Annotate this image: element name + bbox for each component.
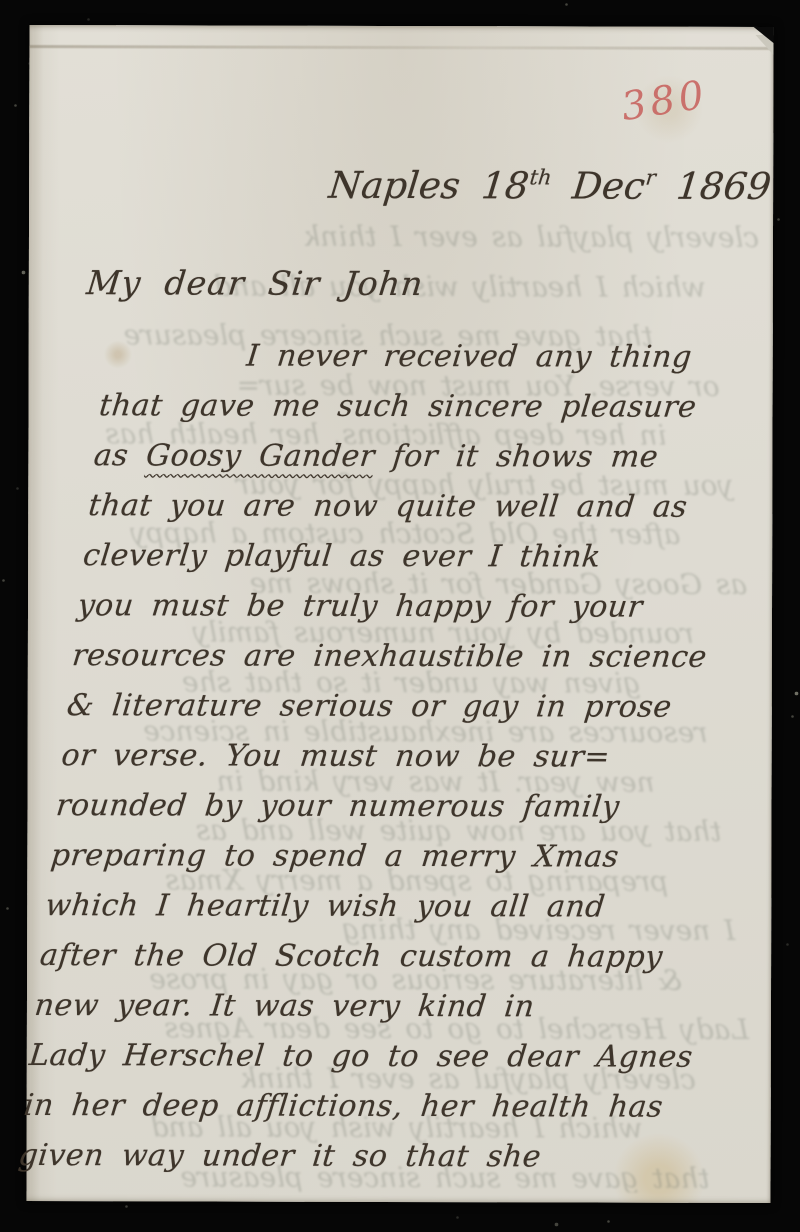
salutation: My dear Sir John — [85, 263, 426, 303]
letter-text: cleverly playful as ever I think — [81, 538, 602, 574]
letter-text: that you are now quite well and as — [87, 488, 689, 525]
dateline-month: Dec — [570, 164, 647, 207]
letter-text: for it shows me — [373, 439, 660, 475]
dateline: Naples 18th Decr 1869 — [327, 164, 773, 208]
letter-text: preparing to spend a merry Xmas — [49, 838, 621, 874]
letter-line: & literature serious or gay in prose — [64, 681, 759, 733]
letter-line: rounded by your numerous family — [54, 781, 749, 833]
letter-line: or verse. You must now be sur= — [59, 731, 754, 783]
letter-line: I never received any thing — [102, 331, 797, 383]
letter-text: which I heartily wish you all and — [44, 888, 607, 924]
letter-text: given way under it so that she — [17, 1138, 543, 1174]
letter-line: that gave me such sincere pleasure — [97, 381, 792, 433]
letter-line: as Goosy Gander for it shows me — [91, 431, 786, 483]
letter-line: preparing to spend a merry Xmas — [48, 831, 743, 883]
dateline-place: Naples — [327, 164, 462, 207]
letter-text: new year. It was very kind in — [33, 988, 536, 1024]
dateline-month-suffix: r — [644, 166, 657, 190]
letter-line: resources are inexhaustible in science — [70, 631, 765, 683]
letter-text: after the Old Scotch custom a happy — [38, 938, 664, 975]
letter-page: cleverly playful as ever I thinkwhich I … — [26, 25, 773, 1203]
dateline-year: 1869 — [674, 165, 773, 208]
letter-text: in her deep afflictions, her health has — [22, 1088, 665, 1125]
letter-line: in her deep afflictions, her health has — [21, 1081, 716, 1133]
letter-line: given way under it so that she — [16, 1131, 711, 1183]
letter-text: & literature serious or gay in prose — [65, 688, 673, 725]
letter-line: you must be truly happy for your — [75, 581, 770, 633]
letter-line: that you are now quite well and as — [86, 481, 781, 533]
letter-text: rounded by your numerous family — [54, 788, 621, 824]
letter-text: Lady Herschel to go to see dear Agnes — [27, 1038, 694, 1075]
letter-text: or verse. You must now be sur= — [60, 738, 612, 774]
ink-layer: 380 Naples 18th Decr 1869 My dear Sir Jo… — [26, 25, 773, 1203]
letter-text: resources are inexhaustible in science — [71, 638, 709, 675]
dateline-day: 18 — [479, 164, 531, 207]
background-speckles — [0, 0, 1, 1]
letter-line: after the Old Scotch custom a happy — [37, 931, 732, 983]
dateline-day-suffix: th — [528, 165, 553, 189]
letter-line: Lady Herschel to go to see dear Agnes — [27, 1031, 722, 1083]
letter-line: new year. It was very kind in — [32, 981, 727, 1033]
folio-number-stamp: 380 — [618, 72, 710, 130]
letter-text: as — [92, 438, 148, 473]
scan-background: cleverly playful as ever I thinkwhich I … — [0, 0, 800, 1232]
underlined-phrase: Goosy Gander — [144, 438, 376, 474]
letter-text: you must be truly happy for your — [76, 588, 645, 624]
letter-line: which I heartily wish you all and — [43, 881, 738, 933]
letter-line: cleverly playful as ever I think — [80, 531, 775, 583]
letter-text: I never received any thing — [245, 339, 694, 375]
letter-body: I never received any thingthat gave me s… — [16, 331, 798, 1183]
letter-text: that gave me such sincere pleasure — [97, 388, 698, 425]
